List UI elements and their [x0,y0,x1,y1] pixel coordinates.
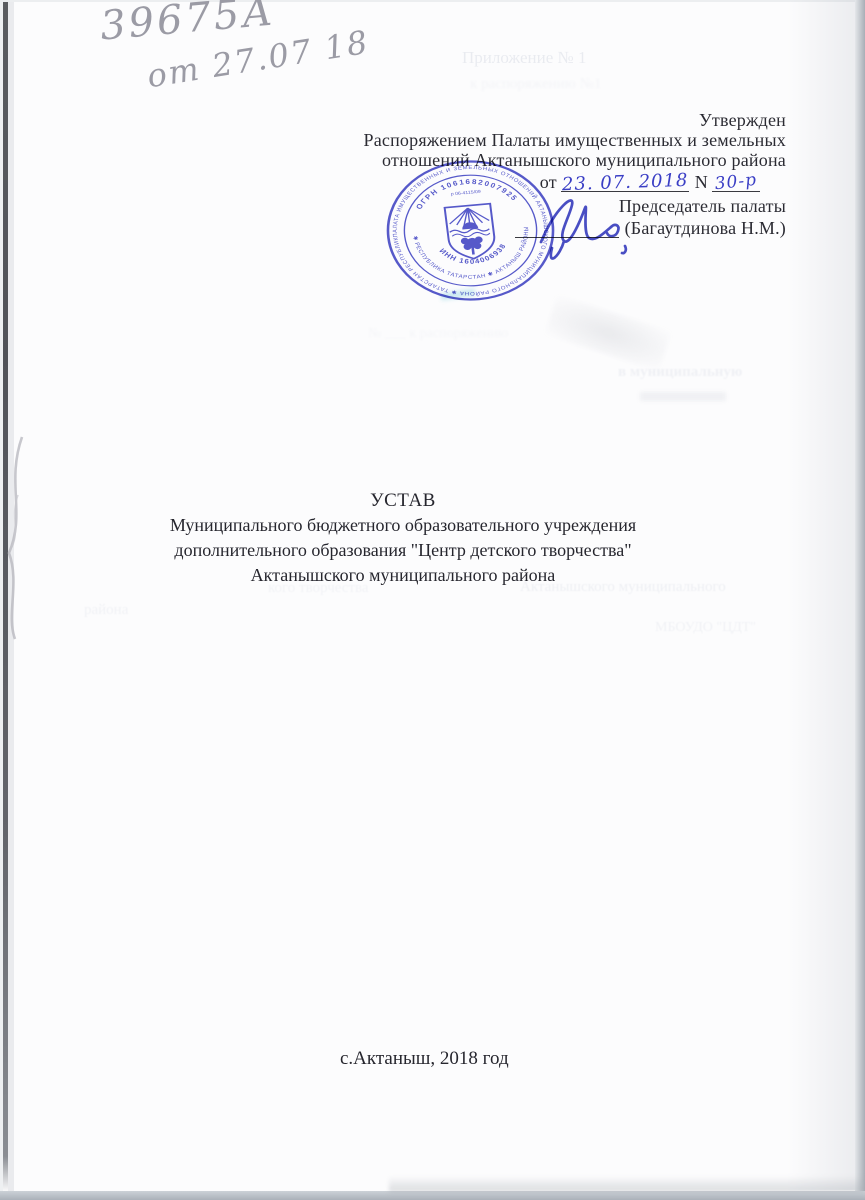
bleedthrough-text: № ___ к распоряжению [368,326,508,342]
bleedthrough-text: к распоряжению №1 [470,76,601,93]
bleedthrough-text: Приложение № 1 [462,48,586,68]
document-title-block: УСТАВ Муниципального бюджетного образова… [0,488,806,588]
stamp-shield-emblem [445,204,497,261]
stamp-registration-text: р 06-4115/09 [451,189,482,197]
scan-shadow-bottom [389,1176,865,1192]
scan-edge-right [855,0,865,1200]
scanned-document-page: Приложение № 1 к распоряжению №1 № ___ к… [0,0,865,1200]
number-blank-line: 30-р [712,173,760,192]
order-line: Распоряжением Палаты имущественных и зем… [364,130,787,150]
bleedthrough-smudge [640,392,726,401]
title-line: Актанышского муниципального района [0,563,806,588]
title-line: дополнительного образования "Центр детск… [0,538,806,563]
paper-curvature-shade [787,0,857,1190]
chairman-signature-stroke [525,188,685,272]
bleedthrough-text: МБОУДО "ЦДТ" [655,620,756,636]
footer-place-year: с.Актаныш, 2018 год [340,1048,509,1070]
handwritten-number: 30-р [714,170,758,194]
scan-edge-bottom [0,1191,865,1200]
number-label: N [695,172,708,192]
title-line: Муниципального бюджетного образовательно… [0,513,806,538]
title-line: УСТАВ [0,488,806,513]
paper-wrinkle-shade [544,294,671,371]
approved-label: Утвержден [364,110,787,130]
bleedthrough-text: района [84,602,128,619]
bleedthrough-text: в муниципальную [618,364,742,381]
